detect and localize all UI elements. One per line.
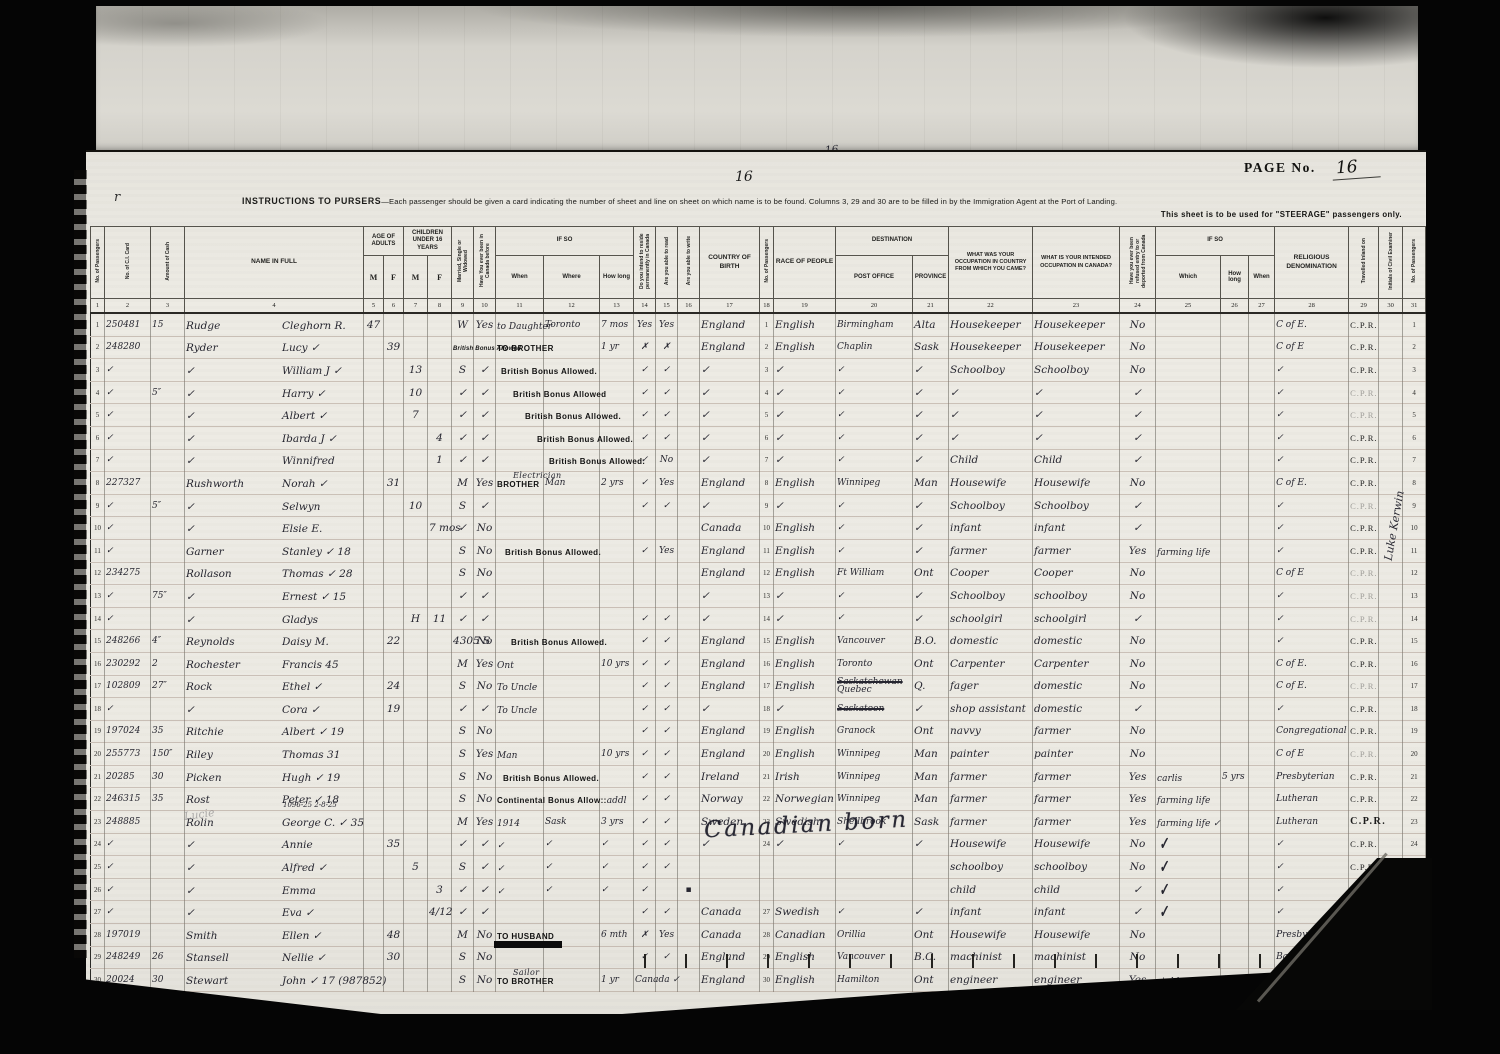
cell-reside: ✓ — [634, 404, 656, 427]
cell-if-so-when — [1249, 652, 1275, 675]
cell-passenger-no: 3 — [760, 359, 774, 382]
given-name: Emma — [282, 885, 316, 897]
cell-country-of-birth: England — [700, 472, 760, 495]
cell-canada-before: Yes — [474, 472, 496, 495]
cell-rejected: ✓ — [1120, 698, 1156, 721]
binding-edge — [74, 170, 87, 958]
cell-child-m — [404, 833, 428, 856]
surname: ✓ — [186, 410, 282, 422]
cell-occupation-canada: Housekeeper — [1033, 336, 1120, 359]
post-office-value: Ft William — [837, 569, 911, 577]
cell-read: ✓ — [656, 856, 678, 879]
cell-reside: ✓ — [634, 811, 656, 834]
cell-if-so-how-long — [1221, 698, 1249, 721]
cell-how-long — [600, 901, 634, 924]
surname: Rochester — [186, 659, 282, 671]
cell-if-so-when — [1249, 924, 1275, 947]
cell-post-office: ✓ — [836, 901, 913, 924]
cell-reside: ✓ — [634, 426, 656, 449]
cell-line-no-right: 5 — [1403, 404, 1426, 427]
cell-reside: ✓ — [634, 720, 656, 743]
cell-write — [678, 404, 700, 427]
cell-where — [544, 720, 600, 743]
cell-occupation-origin: Schoolboy — [949, 585, 1033, 608]
cell-passenger-no: 2 — [760, 336, 774, 359]
cell-child-f: 3 — [428, 878, 452, 901]
cell-occupation-origin: fager — [949, 675, 1033, 698]
which-value: farming life — [1157, 796, 1210, 806]
cell-marital: ✓ — [452, 878, 474, 901]
cell-name: RushworthNorah ✓ — [185, 472, 364, 495]
cell-country-of-birth: ✓ — [700, 426, 760, 449]
stamp: British Bonus Allowed. — [525, 412, 621, 421]
cell-child-f — [428, 720, 452, 743]
cell-occupation-canada: farmer — [1033, 788, 1120, 811]
thead: No. of Passengers No. of C.I. Card Amoun… — [91, 227, 1426, 314]
cell-if-so-how-long — [1221, 585, 1249, 608]
surname: Ryder — [186, 342, 282, 354]
cell-examiner-initials — [1379, 313, 1403, 336]
cell-age-m — [364, 743, 384, 766]
cell-province: B.O. — [913, 630, 949, 653]
cell-if-so-how-long — [1221, 743, 1249, 766]
cell-cash — [151, 878, 185, 901]
cell-marital: S — [452, 562, 474, 585]
cell-child-m — [404, 517, 428, 540]
cell-if-so-which — [1156, 675, 1221, 698]
cell-post-office: Winnipeg — [836, 765, 913, 788]
cell-travelled-inland: C.P.R. — [1349, 404, 1379, 427]
cell-line-no-right: 15 — [1403, 630, 1426, 653]
cell-passenger-no: 17 — [760, 675, 774, 698]
cell-examiner-initials — [1379, 449, 1403, 472]
cell-cash: 4″ — [151, 630, 185, 653]
cell-child-f — [428, 539, 452, 562]
cell-occupation-origin: ✓ — [949, 381, 1033, 404]
cell-when: TO BROTHERSailor — [496, 969, 544, 992]
cell-occupation-origin: Housewife — [949, 833, 1033, 856]
cell-occupation-origin: Cooper — [949, 562, 1033, 585]
cell-cash: 35 — [151, 720, 185, 743]
stamp: British Bonus Allowed. — [505, 548, 601, 557]
passenger-row: 8227327RushworthNorah ✓31MYesBROTHERElec… — [91, 472, 1426, 495]
cell-canada-before: No — [474, 517, 496, 540]
cell-line-no-right: 16 — [1403, 652, 1426, 675]
cell-line-no: 12 — [91, 562, 105, 585]
cell-write — [678, 924, 700, 947]
cell-if-so-when — [1249, 698, 1275, 721]
cell-ci-card-no: ✓ — [105, 901, 151, 924]
cell-if-so-which — [1156, 924, 1221, 947]
cell-religion: ✓ — [1275, 494, 1349, 517]
cell-occupation-canada: domestic — [1033, 698, 1120, 721]
when-value: ✓ — [497, 887, 505, 897]
cell-write — [678, 788, 700, 811]
span: No. of Passengers — [95, 239, 101, 283]
cell-reside: ✓ — [634, 472, 656, 495]
cell-passenger-no: 18 — [760, 698, 774, 721]
passenger-row: 13✓75″✓Ernest ✓ 15✓✓✓13✓✓✓Schoolboyschoo… — [91, 585, 1426, 608]
cell-religion: C of E. — [1275, 313, 1349, 336]
cell-country-of-birth: England — [700, 562, 760, 585]
cell-if-so-when — [1249, 404, 1275, 427]
cell-country-of-birth: England — [700, 313, 760, 336]
cell-ci-card-no: ✓ — [105, 607, 151, 630]
surname: ✓ — [186, 614, 282, 626]
cell-child-m — [404, 539, 428, 562]
cell-religion: Lutheran — [1275, 811, 1349, 834]
cell-age-m — [364, 562, 384, 585]
cell-write — [678, 313, 700, 336]
when-value: To Uncle — [497, 706, 537, 716]
cell-age-m — [364, 630, 384, 653]
cell-child-m — [404, 472, 428, 495]
cell-religion: C of E — [1275, 336, 1349, 359]
cell-marital: S — [452, 743, 474, 766]
cell-write — [678, 698, 700, 721]
passenger-row: 162302922RochesterFrancis 45MYesOnt10 yr… — [91, 652, 1426, 675]
cell-passenger-no: 14 — [760, 607, 774, 630]
cell-line-no: 20 — [91, 743, 105, 766]
cell-line-no: 2 — [91, 336, 105, 359]
cell-travelled-inland: C.P.R. — [1349, 630, 1379, 653]
cell-line-no-right: 12 — [1403, 562, 1426, 585]
cell-read: ✗ — [656, 336, 678, 359]
cell-post-office: ✓ — [836, 833, 913, 856]
cell-when — [496, 946, 544, 969]
cell-occupation-canada: Child — [1033, 449, 1120, 472]
cell-read: ✓ — [656, 630, 678, 653]
cell-child-f — [428, 630, 452, 653]
cell-cash — [151, 607, 185, 630]
cell-rejected: Yes — [1120, 969, 1156, 992]
cell-how-long: ✓ — [600, 856, 634, 879]
given-name: Eva ✓ — [282, 907, 314, 919]
cell-examiner-initials — [1379, 743, 1403, 766]
cell-marital: M — [452, 811, 474, 834]
cell-if-so-which — [1156, 585, 1221, 608]
cell-line-no-right: 10 — [1403, 517, 1426, 540]
cell-name: RileyThomas 31 — [185, 743, 364, 766]
cell-canada-before: Yes — [474, 313, 496, 336]
col-header-if-so: IF SO — [496, 227, 634, 256]
cell-occupation-origin: ✓ — [949, 426, 1033, 449]
cell-marital: S — [452, 494, 474, 517]
cell-write — [678, 585, 700, 608]
cell-race: ✓ — [774, 607, 836, 630]
cell-religion: ✓ — [1275, 833, 1349, 856]
cell-age-f — [384, 404, 404, 427]
post-office-value: ✓ — [837, 434, 911, 442]
cell-rejected: ✓ — [1120, 494, 1156, 517]
cell-write — [678, 901, 700, 924]
cell-rejected: No — [1120, 472, 1156, 495]
passenger-row: 5✓✓Albert ✓7✓✓British Bonus Allowed.✓✓✓5… — [91, 404, 1426, 427]
cell-ci-card-no: 250481 — [105, 313, 151, 336]
span: Married, Single or Widowed — [457, 230, 469, 292]
cell-line-no: 27 — [91, 901, 105, 924]
col-header-where: Where — [544, 256, 600, 299]
cell-child-m — [404, 901, 428, 924]
cell-child-m — [404, 449, 428, 472]
cell-occupation-canada: Housewife — [1033, 833, 1120, 856]
cell-when: ✓ — [496, 856, 544, 879]
cell-line-no: 5 — [91, 404, 105, 427]
col-header-age-adults: AGE OF ADULTS — [364, 227, 404, 256]
cell-marital: S — [452, 539, 474, 562]
cell-if-so-which: farming life — [1156, 539, 1221, 562]
cell-line-no: 30 — [91, 969, 105, 992]
cell-child-f — [428, 472, 452, 495]
cell-race: English — [774, 969, 836, 992]
cell-name: ✓Ernest ✓ 15 — [185, 585, 364, 608]
col-header-child-m: M — [404, 256, 428, 299]
cell-province: Sask — [913, 811, 949, 834]
cell-reside: ✓ — [634, 630, 656, 653]
stamp-scrawl: addl — [607, 796, 627, 806]
cell-read: ✓ — [656, 833, 678, 856]
cell-when: Continental Bonus Allow::addl — [496, 788, 544, 811]
cell-name: RyderLucy ✓ — [185, 336, 364, 359]
cell-race — [774, 856, 836, 879]
cell-line-no-right: 2 — [1403, 336, 1426, 359]
cell-if-so-which — [1156, 517, 1221, 540]
cell-age-f — [384, 743, 404, 766]
cell-age-f — [384, 652, 404, 675]
cell-age-f: 22 — [384, 630, 404, 653]
cell-age-m — [364, 359, 384, 382]
cell-occupation-canada: domestic — [1033, 675, 1120, 698]
cell-child-m — [404, 878, 428, 901]
post-office-value: ✓ — [837, 547, 911, 555]
cell-age-m — [364, 811, 384, 834]
steerage-note: This sheet is to be used for "STEERAGE" … — [1161, 210, 1402, 219]
cell-age-f: 19 — [384, 698, 404, 721]
which-value: carlis — [1157, 774, 1182, 784]
cell-name: StewartJohn ✓ 17 (987852) — [185, 969, 364, 992]
cell-passenger-no: 16 — [760, 652, 774, 675]
stamp: British Bonus Allowed. — [503, 774, 599, 783]
cell-marital: ✓ — [452, 607, 474, 630]
cell-if-so-when — [1249, 336, 1275, 359]
col-header-read: Are you able to read — [656, 227, 678, 299]
col-number: 27 — [1249, 299, 1275, 314]
col-number: 11 — [496, 299, 544, 314]
given-name: Daisy M. — [282, 636, 329, 648]
cell-age-m — [364, 788, 384, 811]
cell-race: English — [774, 652, 836, 675]
cell-line-no: 23 — [91, 811, 105, 834]
col-number: 25 — [1156, 299, 1221, 314]
cell-country-of-birth: England — [700, 539, 760, 562]
cell-how-long: 1 yr — [600, 969, 634, 992]
cell-cash — [151, 562, 185, 585]
surname: Rushworth — [186, 478, 282, 490]
cell-if-so-which — [1156, 426, 1221, 449]
cell-cash: 5″ — [151, 381, 185, 404]
passenger-row: 1710280927″RockEthel ✓24SNoTo Uncle✓✓Eng… — [91, 675, 1426, 698]
cell-read: ✓ — [656, 698, 678, 721]
when-value: ✓ — [497, 864, 505, 874]
cell-name: ✓Cora ✓ — [185, 698, 364, 721]
cell-read: ✓ — [656, 675, 678, 698]
cell-passenger-no — [760, 856, 774, 879]
cell-occupation-canada: Carpenter — [1033, 652, 1120, 675]
col-number: 20 — [836, 299, 913, 314]
cell-religion: C of E. — [1275, 675, 1349, 698]
cell-passenger-no: 4 — [760, 381, 774, 404]
cell-cash — [151, 811, 185, 834]
cell-post-office: ✓ — [836, 381, 913, 404]
cell-read: Yes — [656, 539, 678, 562]
cell-ci-card-no: 234275 — [105, 562, 151, 585]
cell-when: To Uncle — [496, 698, 544, 721]
cell-post-office: Hamilton — [836, 969, 913, 992]
cell-ci-card-no: ✓ — [105, 359, 151, 382]
cell-occupation-canada: schoolboy — [1033, 856, 1120, 879]
cell-age-f — [384, 381, 404, 404]
cell-child-m — [404, 788, 428, 811]
cell-age-m — [364, 878, 384, 901]
cell-province: Alta — [913, 313, 949, 336]
cell-province: ✓ — [913, 607, 949, 630]
cell-child-m — [404, 720, 428, 743]
cell-occupation-origin: engineer — [949, 969, 1033, 992]
span: Are you able to read — [664, 237, 670, 285]
cell-province: Man — [913, 472, 949, 495]
cell-occupation-origin: farmer — [949, 788, 1033, 811]
cell-country-of-birth: Canada — [700, 901, 760, 924]
cell-when — [496, 494, 544, 517]
cell-write — [678, 336, 700, 359]
cell-travelled-inland: C.P.R. — [1349, 472, 1379, 495]
cell-examiner-initials — [1379, 675, 1403, 698]
surname: ✓ — [186, 862, 282, 874]
cell-when — [496, 517, 544, 540]
cell-line-no: 18 — [91, 698, 105, 721]
cell-how-long — [600, 720, 634, 743]
stamp: British Bonus Allowed. — [537, 435, 633, 444]
cell-child-f — [428, 743, 452, 766]
cell-cash — [151, 426, 185, 449]
cell-name: ✓Harry ✓ — [185, 381, 364, 404]
cell-how-long: ✓ — [600, 878, 634, 901]
cell-passenger-no: 27 — [760, 901, 774, 924]
surname: Stansell — [186, 952, 282, 964]
stamp-annotation: Sailor — [513, 968, 539, 977]
cell-if-so-how-long — [1221, 811, 1249, 834]
cell-rejected: No — [1120, 585, 1156, 608]
given-name: Ethel ✓ — [282, 681, 322, 693]
cell-if-so-which — [1156, 404, 1221, 427]
cell-how-long — [600, 698, 634, 721]
cell-marital: ✓ — [452, 901, 474, 924]
cell-post-office: Birmingham — [836, 313, 913, 336]
cell-province: Man — [913, 788, 949, 811]
cell-religion: ✓ — [1275, 539, 1349, 562]
cell-ci-card-no: 102809 — [105, 675, 151, 698]
cell-child-f — [428, 359, 452, 382]
cell-religion: ✓ — [1275, 426, 1349, 449]
cell-read: ✓ — [656, 359, 678, 382]
cell-occupation-origin: schoolboy — [949, 856, 1033, 879]
cell-marital: W — [452, 313, 474, 336]
cell-if-so-how-long — [1221, 675, 1249, 698]
cell-travelled-inland: C.P.R. — [1349, 833, 1379, 856]
stamp: TO BROTHERSailor — [497, 977, 554, 986]
cell-child-m — [404, 743, 428, 766]
cell-religion: C of E. — [1275, 652, 1349, 675]
cell-country-of-birth: Ireland — [700, 765, 760, 788]
cell-occupation-origin: Housewife — [949, 472, 1033, 495]
cell-canada-before: No — [474, 630, 496, 653]
cell-read: ✓ — [656, 607, 678, 630]
cell-if-so-when — [1249, 449, 1275, 472]
cell-cash: 35 — [151, 788, 185, 811]
cell-race: English — [774, 336, 836, 359]
col-header-how-long: How long — [600, 256, 634, 299]
cell-write — [678, 517, 700, 540]
cell-rejected: ✓ — [1120, 426, 1156, 449]
cell-cash: 30 — [151, 765, 185, 788]
passenger-row: 26✓✓Emma3✓✓✓✓✓✓▪childchild✓✓✓C.P.R.26 — [91, 878, 1426, 901]
cell-marital: ✓ — [452, 833, 474, 856]
passenger-row: 12234275RollasonThomas ✓ 28SNoEngland12E… — [91, 562, 1426, 585]
cell-reside: ✓ — [634, 381, 656, 404]
col-header-occupation-origin: WHAT WAS YOUR OCCUPATION IN COUNTRY FROM… — [949, 227, 1033, 299]
cell-write — [678, 381, 700, 404]
cell-occupation-canada: ✓ — [1033, 426, 1120, 449]
cell-passenger-no: 9 — [760, 494, 774, 517]
cell-age-f — [384, 878, 404, 901]
cell-race: Canadian — [774, 924, 836, 947]
cell-country-of-birth: England — [700, 630, 760, 653]
cell-child-m — [404, 336, 428, 359]
surname: Rost — [186, 794, 282, 806]
cell-marital: M — [452, 924, 474, 947]
cell-if-so-how-long — [1221, 562, 1249, 585]
cell-occupation-canada: ✓ — [1033, 404, 1120, 427]
cell-country-of-birth: Canada — [700, 924, 760, 947]
passenger-row: 125048115RudgeCleghorn R.47WYesto Daught… — [91, 313, 1426, 336]
cell-province: ✓ — [913, 833, 949, 856]
cell-name: ✓Gladys — [185, 607, 364, 630]
cell-passenger-no: 10 — [760, 517, 774, 540]
cell-read: ✓ — [656, 788, 678, 811]
cell-child-f: 4 — [428, 426, 452, 449]
cell-canada-before: Yes — [474, 652, 496, 675]
cell-line-no: 4 — [91, 381, 105, 404]
cell-ci-card-no: 255773 — [105, 743, 151, 766]
given-name: Norah ✓ — [282, 478, 328, 490]
cell-occupation-canada: Schoolboy — [1033, 359, 1120, 382]
given-name: Hugh ✓ 19 — [282, 772, 340, 784]
cell-read — [656, 878, 678, 901]
cell-if-so-when — [1249, 562, 1275, 585]
cell-race: Irish — [774, 765, 836, 788]
cell-marital: ✓ — [452, 381, 474, 404]
cell-country-of-birth: ✓ — [700, 381, 760, 404]
cell-reside: ✗ — [634, 924, 656, 947]
stamp: Continental Bonus Allow:: — [497, 796, 607, 805]
cell-passenger-no: 6 — [760, 426, 774, 449]
cell-country-of-birth: England — [700, 652, 760, 675]
cell-if-so-which — [1156, 494, 1221, 517]
cell-line-no: 21 — [91, 765, 105, 788]
passenger-row: 11✓GarnerStanley ✓ 18SNoBritish Bonus Al… — [91, 539, 1426, 562]
cell-cash — [151, 472, 185, 495]
cell-occupation-origin: farmer — [949, 765, 1033, 788]
